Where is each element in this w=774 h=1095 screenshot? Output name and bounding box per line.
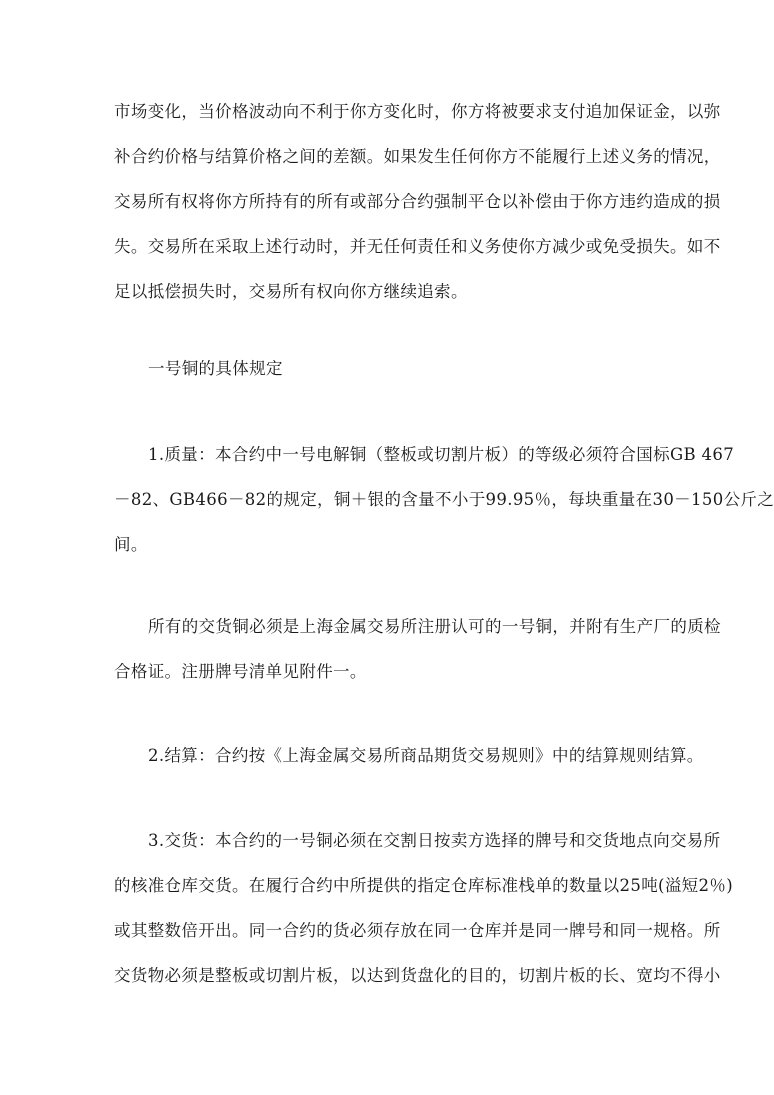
intro-line: 足以抵偿损失时，交易所有权向你方继续追索。 bbox=[114, 282, 468, 302]
registration-clause-line: 合格证。注册牌号清单见附件一。 bbox=[114, 662, 367, 682]
intro-line: 市场变化，当价格波动向不利于你方变化时，你方将被要求支付追加保证金，以弥 bbox=[114, 102, 721, 122]
registration-clause-line: 所有的交货铜必须是上海金属交易所注册认可的一号铜，并附有生产厂的质检 bbox=[148, 617, 721, 637]
delivery-clause-line: 的核准仓库交货。在履行合约中所提供的指定仓库标准栈单的数量以25吨(溢短2％) bbox=[114, 876, 733, 896]
intro-line: 失。交易所在采取上述行动时，并无任何责任和义务使你方减少或免受损失。如不 bbox=[114, 237, 721, 257]
quality-clause-line: 1.质量：本合约中一号电解铜（整板或切割片板）的等级必须符合国标GB 467 bbox=[148, 445, 734, 465]
intro-line: 交易所有权将你方所持有的所有或部分合约强制平仓以补偿由于你方违约造成的损 bbox=[114, 192, 721, 212]
quality-clause-line: 间。 bbox=[114, 535, 148, 555]
settlement-clause-line: 2.结算：合约按《上海金属交易所商品期货交易规则》中的结算规则结算。 bbox=[148, 746, 704, 766]
section-heading: 一号铜的具体规定 bbox=[148, 359, 283, 379]
delivery-clause-line: 或其整数倍开出。同一合约的货必须存放在同一仓库并是同一牌号和同一规格。所 bbox=[114, 921, 721, 941]
quality-clause-line: －82、GB466－82的规定，铜＋银的含量不小于99.95％，每块重量在30－… bbox=[114, 490, 774, 510]
intro-line: 补合约价格与结算价格之间的差额。如果发生任何你方不能履行上述义务的情况， bbox=[114, 147, 721, 167]
delivery-clause-line: 3.交货：本合约的一号铜必须在交割日按卖方选择的牌号和交货地点向交易所 bbox=[148, 831, 721, 851]
delivery-clause-line: 交货物必须是整板或切割片板，以达到货盘化的目的，切割片板的长、宽均不得小 bbox=[114, 966, 721, 986]
